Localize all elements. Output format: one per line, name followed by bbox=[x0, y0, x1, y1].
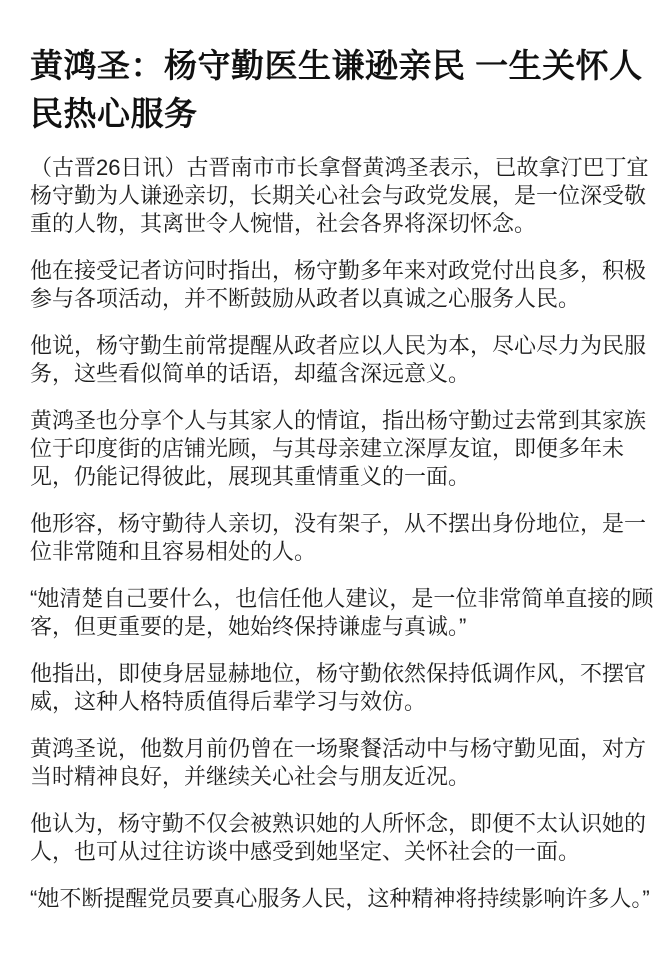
article-quote-paragraph-1: “她清楚自己要什么，也信任他人建议，是一位非常简单直接的顾客，但更重要的是，她始… bbox=[30, 585, 655, 641]
article-paragraph-5: 他形容，杨守勤待人亲切，没有架子，从不摆出身份地位，是一位非常随和且容易相处的人… bbox=[30, 510, 655, 566]
article-paragraph-7: 他指出，即使身居显赫地位，杨守勤依然保持低调作风，不摆官威，这种人格特质值得后辈… bbox=[30, 660, 655, 716]
article-paragraph-dateline: （古晋26日讯）古晋南市市长拿督黄鸿圣表示，已故拿汀巴丁宜杨守勤为人谦逊亲切，长… bbox=[30, 154, 655, 238]
article-paragraph-8: 黄鸿圣说，他数月前仍曾在一场聚餐活动中与杨守勤见面，对方当时精神良好，并继续关心… bbox=[30, 735, 655, 791]
article-paragraph-2: 他在接受记者访问时指出，杨守勤多年来对政党付出良多，积极参与各项活动，并不断鼓励… bbox=[30, 257, 655, 313]
article-paragraph-4: 黄鸿圣也分享个人与其家人的情谊，指出杨守勤过去常到其家族位于印度街的店铺光顾，与… bbox=[30, 407, 655, 491]
article-paragraph-9: 他认为，杨守勤不仅会被熟识她的人所怀念，即便不太认识她的人，也可从过往访谈中感受… bbox=[30, 810, 655, 866]
article-title: 黄鸿圣：杨守勤医生谦逊亲民 一生关怀人民热心服务 bbox=[30, 42, 655, 138]
article-quote-paragraph-2: “她不断提醒党员要真心服务人民，这种精神将持续影响许多人。” bbox=[30, 885, 655, 913]
article-paragraph-3: 他说，杨守勤生前常提醒从政者应以人民为本，尽心尽力为民服务，这些看似简单的话语，… bbox=[30, 332, 655, 388]
article-page: 黄鸿圣：杨守勤医生谦逊亲民 一生关怀人民热心服务 （古晋26日讯）古晋南市市长拿… bbox=[0, 0, 671, 970]
